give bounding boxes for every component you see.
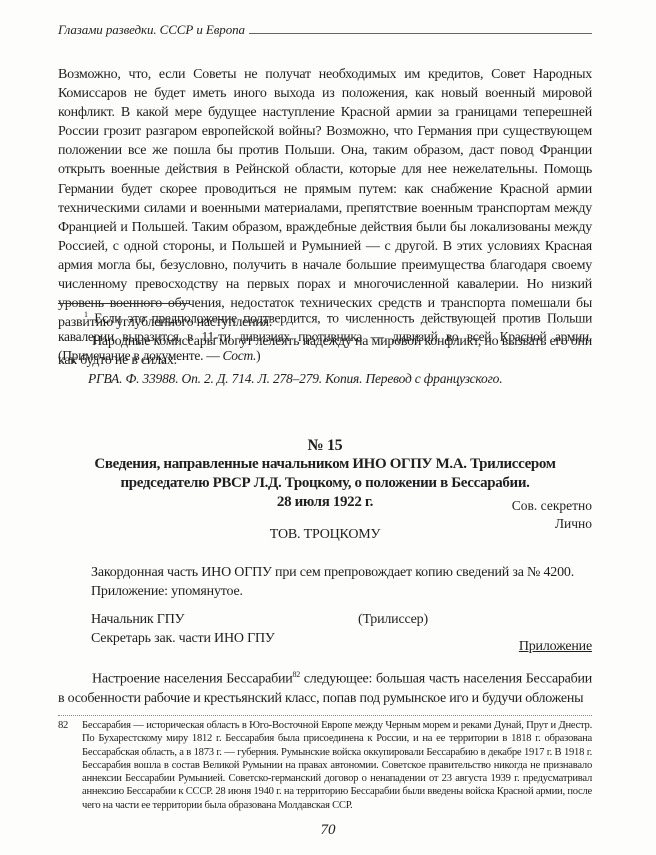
signer-2-role: Секретарь зак. части ИНО ГПУ: [91, 629, 275, 648]
footnote-text: Бессарабия — историческая область в Юго-…: [82, 719, 592, 812]
appendix-label: Приложение: [519, 637, 592, 656]
footnote-dotted-rule: [58, 715, 592, 716]
archive-source: РГВА. Ф. 33988. Оп. 2. Д. 714. Л. 278–27…: [88, 371, 502, 387]
document-title-line: председателю РВСР Л.Д. Троцкому, о полож…: [58, 474, 592, 493]
running-header: Глазами разведки. СССР и Европа: [58, 22, 592, 38]
document-title-line: Сведения, направленные начальником ИНО О…: [58, 455, 592, 474]
running-title: Глазами разведки. СССР и Европа: [58, 22, 245, 38]
cover-note: Закордонная часть ИНО ОГПУ при сем препр…: [91, 563, 574, 601]
signer-1-name: (Трилиссер): [358, 610, 428, 629]
header-rule: [249, 33, 592, 34]
document-number: № 15: [58, 436, 592, 455]
page-number: 70: [0, 822, 656, 839]
footnote-number: 82: [58, 719, 82, 812]
footnote-82: 82 Бессарабия — историческая область в Ю…: [58, 719, 592, 812]
footnote-1: 1 Если это предположение подтвердится, т…: [58, 306, 592, 365]
addressee: ТОВ. ТРОЦКОМУ: [58, 527, 592, 543]
appendix-text: Настроение населения Бессарабии82 следую…: [58, 665, 592, 708]
signer-1-role: Начальник ГПУ: [91, 610, 184, 629]
footnote-rule: [58, 303, 190, 304]
paragraph: Возможно, что, если Советы не получат не…: [58, 65, 592, 332]
